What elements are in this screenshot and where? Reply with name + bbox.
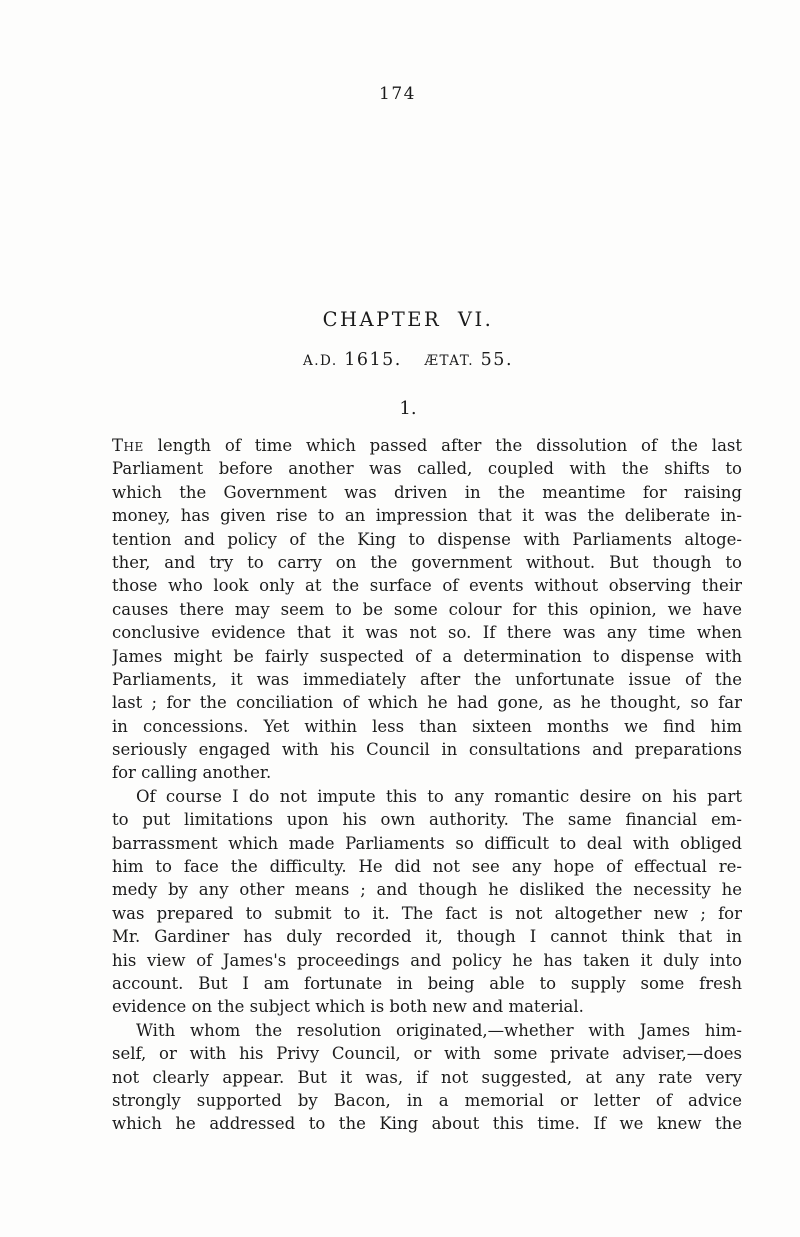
text-line: barrassment which made Parliaments so di… [112,832,742,855]
paragraph: Of course I do not impute this to any ro… [112,785,742,1019]
text-line: in concessions. Yet within less than six… [112,715,742,738]
text-line: causes there may seem to be some colour … [112,598,742,621]
text-line: which the Government was driven in the m… [112,481,742,504]
section-number: 1. [8,398,800,419]
lead-word: The [112,436,144,455]
text-line: him to face the difficulty. He did not s… [112,855,742,878]
text-line: conclusive evidence that it was not so. … [112,621,742,644]
text-line: for calling another. [112,761,742,784]
dateline-aetat-label: ÆTAT. [424,353,474,369]
book-page: 174 CHAPTER VI. A.D. 1615. ÆTAT. 55. 1. … [0,0,800,1237]
text-line: seriously engaged with his Council in co… [112,738,742,761]
text-line: last ; for the conciliation of which he … [112,691,742,714]
paragraph: With whom the resolution originated,—whe… [112,1019,742,1136]
text-line: was prepared to submit to it. The fact i… [112,902,742,925]
text-line: Mr. Gardiner has duly recorded it, thoug… [112,925,742,948]
text-line: money, has given rise to an impression t… [112,504,742,527]
text-line: his view of James's proceedings and poli… [112,949,742,972]
paragraph: The length of time which passed after th… [112,434,742,785]
text-line: account. But I am fortunate in being abl… [112,972,742,995]
text-line: Of course I do not impute this to any ro… [112,785,742,808]
body-text: The length of time which passed after th… [112,434,742,1136]
chapter-dateline: A.D. 1615. ÆTAT. 55. [8,350,800,370]
text-line: tention and policy of the King to dispen… [112,528,742,551]
dateline-ad-label: A.D. [303,353,338,369]
text-line: not clearly appear. But it was, if not s… [112,1066,742,1089]
text-line: medy by any other means ; and though he … [112,878,742,901]
text-line: which he addressed to the King about thi… [112,1112,742,1135]
text-line: The length of time which passed after th… [112,434,742,457]
text-line: With whom the resolution originated,—whe… [112,1019,742,1042]
text-line: evidence on the subject which is both ne… [112,995,742,1018]
page-number: 174 [0,84,795,104]
text-line: self, or with his Privy Council, or with… [112,1042,742,1065]
text-line: ther, and try to carry on the government… [112,551,742,574]
text-line: Parliaments, it was immediately after th… [112,668,742,691]
dateline-year: 1615. [344,350,402,370]
text-line: Parliament before another was called, co… [112,457,742,480]
chapter-heading: CHAPTER VI. [8,308,800,331]
dateline-age: 55. [481,350,513,370]
text-line: those who look only at the surface of ev… [112,574,742,597]
text-line: strongly supported by Bacon, in a memori… [112,1089,742,1112]
text-line: James might be fairly suspected of a det… [112,645,742,668]
text-line: to put limitations upon his own authorit… [112,808,742,831]
